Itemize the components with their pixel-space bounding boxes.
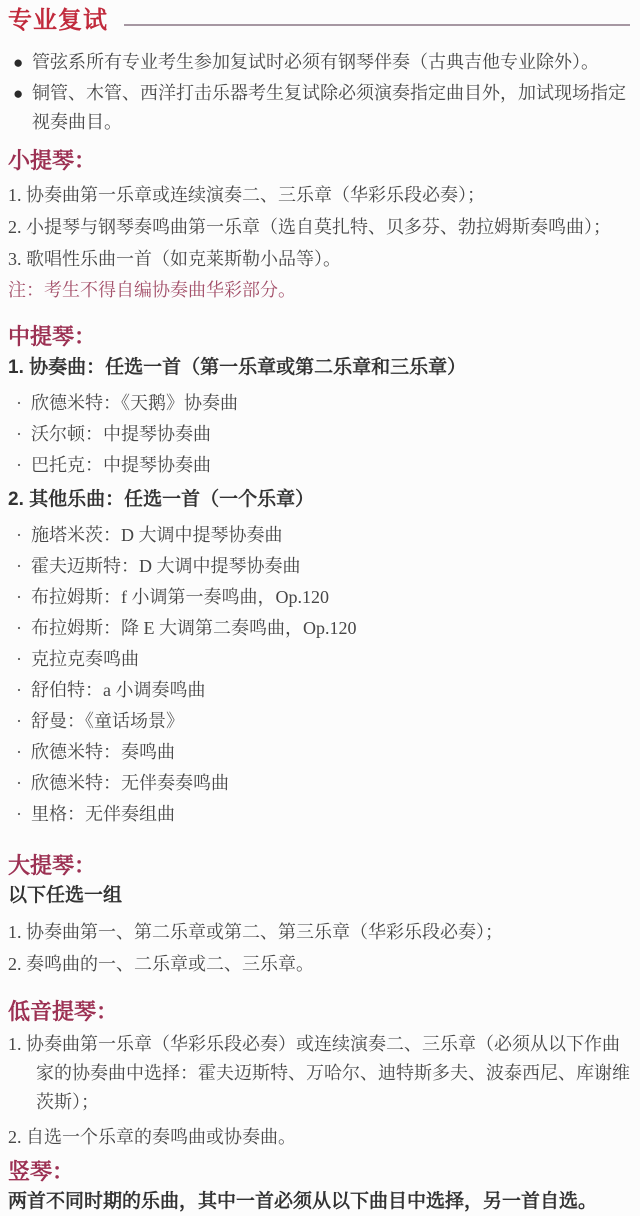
bullet-icon: ● (13, 79, 23, 108)
repertoire-text: 克拉克奏鸣曲 (31, 649, 139, 669)
section-heading-violin: 小提琴： (8, 149, 632, 173)
repertoire-text: 欣德米特：无伴奏奏鸣曲 (31, 773, 229, 793)
section-cello: 大提琴：以下任选一组1. 协奏曲第一、第二乐章或第二、第三乐章（华彩乐段必奏）；… (8, 854, 632, 980)
section-heading-cello: 大提琴： (8, 854, 632, 878)
dot-bullet-icon: · (16, 773, 22, 793)
repertoire-text: 里格：无伴奏组曲 (31, 804, 175, 824)
page-header: 专业复试 (8, 6, 632, 36)
line-bold: 以下任选一组 (8, 884, 632, 908)
line-dot: ·施塔米茨：D 大调中提琴协奏曲 (8, 520, 632, 551)
dot-bullet-icon: · (16, 711, 22, 731)
dot-bullet-icon: · (16, 587, 22, 607)
line-dot: ·欣德米特：无伴奏奏鸣曲 (8, 768, 632, 799)
line-dot: ·舒伯特：a 小调奏鸣曲 (8, 675, 632, 706)
line-note: 注：考生不得自编协奏曲华彩部分。 (8, 275, 632, 305)
section-heading-viola: 中提琴： (8, 325, 632, 349)
dot-bullet-icon: · (16, 393, 22, 413)
line-dot: ·霍夫迈斯特：D 大调中提琴协奏曲 (8, 551, 632, 582)
line-subnum: 2. 其他乐曲：任选一首（一个乐章） (8, 487, 632, 512)
dot-bullet-icon: · (16, 742, 22, 762)
intro-bullet-text: 管弦系所有专业考生参加复试时必须有钢琴伴奏（古典吉他专业除外）。 (32, 52, 599, 72)
repertoire-text: 舒曼：《童话场景》 (31, 711, 184, 731)
dot-bullet-icon: · (16, 804, 22, 824)
line-dot: ·沃尔顿：中提琴协奏曲 (8, 419, 632, 450)
line-num: 1. 协奏曲第一乐章或连续演奏二、三乐章（华彩乐段必奏）； (8, 179, 632, 211)
dot-bullet-icon: · (16, 525, 22, 545)
line-dot: ·克拉克奏鸣曲 (8, 644, 632, 675)
line-dot: ·舒曼：《童话场景》 (8, 706, 632, 737)
repertoire-text: 布拉姆斯：f 小调第一奏鸣曲，Op.120 (31, 587, 329, 607)
page-title: 专业复试 (8, 6, 108, 36)
repertoire-text: 巴托克：中提琴协奏曲 (31, 455, 211, 475)
line-dot: ·欣德米特：奏鸣曲 (8, 737, 632, 768)
document-page: 专业复试 ●管弦系所有专业考生参加复试时必须有钢琴伴奏（古典吉他专业除外）。●铜… (0, 0, 640, 1216)
dot-bullet-icon: · (16, 556, 22, 576)
dot-bullet-icon: · (16, 455, 22, 475)
line-num: 2. 小提琴与钢琴奏鸣曲第一乐章（选自莫扎特、贝多芬、勃拉姆斯奏鸣曲）； (8, 211, 632, 243)
intro-bullet-item: ●管弦系所有专业考生参加复试时必须有钢琴伴奏（古典吉他专业除外）。 (8, 48, 632, 77)
section-violin: 小提琴：1. 协奏曲第一乐章或连续演奏二、三乐章（华彩乐段必奏）；2. 小提琴与… (8, 149, 632, 305)
repertoire-text: 欣德米特：奏鸣曲 (31, 742, 175, 762)
section-heading-double-bass: 低音提琴： (8, 1000, 632, 1024)
section-double-bass: 低音提琴：1. 协奏曲第一乐章（华彩乐段必奏）或连续演奏二、三乐章（必须从以下作… (8, 1000, 632, 1152)
repertoire-text: 欣德米特：《天鹅》协奏曲 (31, 393, 238, 413)
line-dot: ·巴托克：中提琴协奏曲 (8, 450, 632, 481)
repertoire-text: 舒伯特：a 小调奏鸣曲 (31, 680, 206, 700)
intro-bullet-item: ●铜管、木管、西洋打击乐器考生复试除必须演奏指定曲目外，加试现场指定视奏曲目。 (8, 79, 632, 137)
repertoire-text: 霍夫迈斯特：D 大调中提琴协奏曲 (31, 556, 301, 576)
line-dot: ·欣德米特：《天鹅》协奏曲 (8, 388, 632, 419)
line-num: 2. 奏鸣曲的一、二乐章或二、三乐章。 (8, 948, 632, 980)
line-num: 1. 协奏曲第一、第二乐章或第二、第三乐章（华彩乐段必奏）； (8, 916, 632, 948)
bullet-icon: ● (13, 48, 23, 77)
line-dot: ·布拉姆斯：f 小调第一奏鸣曲，Op.120 (8, 582, 632, 613)
section-viola: 中提琴：1. 协奏曲：任选一首（第一乐章或第二乐章和三乐章）·欣德米特：《天鹅》… (8, 325, 632, 830)
repertoire-text: 布拉姆斯：降 E 大调第二奏鸣曲，Op.120 (31, 618, 357, 638)
section-heading-harp: 竖琴： (8, 1160, 632, 1184)
sections-container: 小提琴：1. 协奏曲第一乐章或连续演奏二、三乐章（华彩乐段必奏）；2. 小提琴与… (8, 149, 632, 1214)
section-harp: 竖琴：两首不同时期的乐曲，其中一首必须从以下曲目中选择，另一首自选。 (8, 1160, 632, 1214)
line-num: 1. 协奏曲第一乐章（华彩乐段必奏）或连续演奏二、三乐章（必须从以下作曲家的协奏… (8, 1030, 632, 1117)
line-subnum: 1. 协奏曲：任选一首（第一乐章或第二乐章和三乐章） (8, 355, 632, 380)
repertoire-text: 沃尔顿：中提琴协奏曲 (31, 424, 211, 444)
intro-bullet-text: 铜管、木管、西洋打击乐器考生复试除必须演奏指定曲目外，加试现场指定视奏曲目。 (32, 83, 626, 132)
line-num: 2. 自选一个乐章的奏鸣曲或协奏曲。 (8, 1123, 632, 1152)
repertoire-text: 施塔米茨：D 大调中提琴协奏曲 (31, 525, 283, 545)
dot-bullet-icon: · (16, 680, 22, 700)
dot-bullet-icon: · (16, 424, 22, 444)
line-dot: ·布拉姆斯：降 E 大调第二奏鸣曲，Op.120 (8, 613, 632, 644)
line-num: 3. 歌唱性乐曲一首（如克莱斯勒小品等）。 (8, 243, 632, 275)
dot-bullet-icon: · (16, 618, 22, 638)
title-underline (124, 24, 630, 26)
dot-bullet-icon: · (16, 649, 22, 669)
line-dot: ·里格：无伴奏组曲 (8, 799, 632, 830)
line-bold: 两首不同时期的乐曲，其中一首必须从以下曲目中选择，另一首自选。 (8, 1190, 632, 1214)
intro-list: ●管弦系所有专业考生参加复试时必须有钢琴伴奏（古典吉他专业除外）。●铜管、木管、… (8, 48, 632, 137)
